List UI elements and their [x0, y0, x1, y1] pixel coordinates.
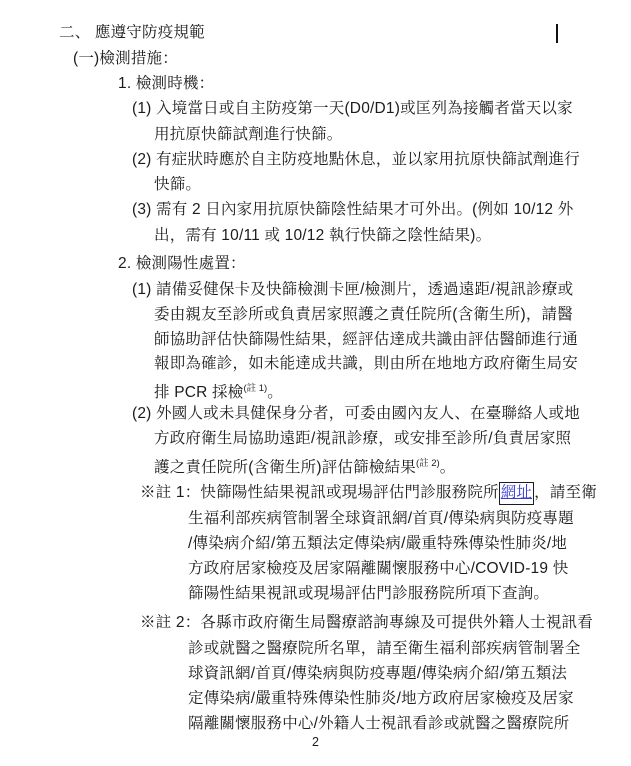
item-2-positive-handling: 2. 檢測陽性處置： [118, 253, 246, 274]
footnote-1-line-1-text: ，請至衛 [534, 484, 597, 501]
footnote-superscript: (註 1) [243, 383, 267, 394]
footnote-2-line-2-text: 診或就醫之醫療院所名單，請至衛生福利部疾病管制署全 [188, 640, 581, 657]
item-1-3-line-1-text: (3) 需有 2 日內家用抗原快篩陰性結果才可外出。(例如 10/12 外 [132, 201, 573, 218]
item-1-1-line-1: (1) 入境當日或自主防疫第一天(D0/D1)或匡列為接觸者當天以家 [132, 98, 573, 119]
footnote-2-line-4: 定傳染病/嚴重特殊傳染性肺炎/地方政府居家檢疫及居家 [188, 688, 574, 709]
item-2-1-line-4: 報即為確診，如未能達成共識，則由所在地地方政府衛生局安 [154, 353, 578, 374]
item-2-1-line-2-text: 委由親友至診所或負責居家照護之責任院所(含衛生所)，請醫 [154, 306, 573, 323]
footnote-2-line-1: ※註 2：各縣市政府衛生局醫療諮詢專線及可提供外籍人士視訊看 [140, 612, 593, 633]
heading-section-2-text: 二、 應遵守防疫規範 [59, 24, 205, 41]
item-2-1-line-5: 排 PCR 採檢(註 1)。 [154, 378, 283, 403]
document-page: 二、 應遵守防疫規範(一)檢測措施：1. 檢測時機：(1) 入境當日或自主防疫第… [0, 0, 631, 766]
item-2-1-line-3: 師協助評估快篩陽性結果，經評估達成共識由評估醫師進行通 [154, 329, 578, 350]
footnote-1-line-5: 篩陽性結果視訊或現場評估門診服務院所項下查詢。 [188, 583, 549, 604]
item-2-1-line-5-text: 排 PCR 採檢 [154, 384, 243, 401]
footnote-2-line-2: 診或就醫之醫療院所名單，請至衛生福利部疾病管制署全 [188, 638, 581, 659]
page-number: 2 [0, 735, 631, 749]
subheading-testing-measures-text: (一)檢測措施： [73, 50, 178, 67]
item-2-1-line-2: 委由親友至診所或負責居家照護之責任院所(含衛生所)，請醫 [154, 304, 573, 325]
item-2-2-line-2: 方政府衛生局協助遠距/視訊診療，或安排至診所/負責居家照 [154, 428, 571, 449]
item-2-2-line-1-text: (2) 外國人或未具健保身分者，可委由國內友人、在臺聯絡人或地 [132, 405, 580, 422]
footnote-1-line-1-text: ※註 1：快篩陽性結果視訊或現場評估門診服務院所 [140, 484, 499, 501]
item-2-1-line-4-text: 報即為確診，如未能達成共識，則由所在地地方政府衛生局安 [154, 355, 578, 372]
item-1-2-line-1: (2) 有症狀時應於自主防疫地點休息，並以家用抗原快篩試劑進行 [132, 149, 580, 170]
item-2-2-line-3: 護之責任院所(含衛生所)評估篩檢結果(註 2)。 [154, 453, 455, 478]
item-1-1-line-2: 用抗原快篩試劑進行快篩。 [154, 124, 342, 145]
footnote-1-line-3: /傳染病介紹/第五類法定傳染病/嚴重特殊傳染性肺炎/地 [188, 533, 567, 554]
item-1-2-line-1-text: (2) 有症狀時應於自主防疫地點休息，並以家用抗原快篩試劑進行 [132, 151, 580, 168]
item-1-3-line-2: 出，需有 10/11 或 10/12 執行快篩之陰性結果)。 [154, 225, 491, 246]
footnote-1-line-4-text: 方政府居家檢疫及居家隔離關懷服務中心/COVID-19 快 [188, 560, 568, 577]
item-1-2-line-2-text: 快篩。 [154, 176, 201, 193]
url-link[interactable]: 網址 [499, 482, 534, 505]
item-1-1-line-1-text: (1) 入境當日或自主防疫第一天(D0/D1)或匡列為接觸者當天以家 [132, 100, 573, 117]
footnote-1-line-5-text: 篩陽性結果視訊或現場評估門診服務院所項下查詢。 [188, 585, 549, 602]
footnote-superscript: (註 2) [416, 458, 440, 469]
subheading-testing-measures: (一)檢測措施： [73, 48, 178, 69]
item-2-2-line-2-text: 方政府衛生局協助遠距/視訊診療，或安排至診所/負責居家照 [154, 430, 571, 447]
text-cursor [556, 24, 558, 43]
item-2-1-line-1: (1) 請備妥健保卡及快篩檢測卡匣/檢測片，透過遠距/視訊診療或 [132, 279, 573, 300]
footnote-1-line-2: 生福利部疾病管制署全球資訊網/首頁/傳染病與防疫專題 [188, 508, 574, 529]
item-2-1-line-1-text: (1) 請備妥健保卡及快篩檢測卡匣/檢測片，透過遠距/視訊診療或 [132, 281, 573, 298]
item-2-1-line-5-text: 。 [267, 384, 283, 401]
footnote-2-line-4-text: 定傳染病/嚴重特殊傳染性肺炎/地方政府居家檢疫及居家 [188, 690, 574, 707]
item-1-testing-timing-text: 1. 檢測時機： [118, 75, 214, 92]
item-2-2-line-3-text: 護之責任院所(含衛生所)評估篩檢結果 [154, 459, 416, 476]
footnote-1-line-2-text: 生福利部疾病管制署全球資訊網/首頁/傳染病與防疫專題 [188, 510, 574, 527]
item-2-2-line-3-text: 。 [440, 459, 456, 476]
footnote-1-line-4: 方政府居家檢疫及居家隔離關懷服務中心/COVID-19 快 [188, 558, 568, 579]
footnote-1-line-3-text: /傳染病介紹/第五類法定傳染病/嚴重特殊傳染性肺炎/地 [188, 535, 567, 552]
item-2-positive-handling-text: 2. 檢測陽性處置： [118, 255, 246, 272]
item-1-1-line-2-text: 用抗原快篩試劑進行快篩。 [154, 126, 342, 143]
item-1-testing-timing: 1. 檢測時機： [118, 73, 214, 94]
item-1-3-line-1: (3) 需有 2 日內家用抗原快篩陰性結果才可外出。(例如 10/12 外 [132, 199, 573, 220]
footnote-2-line-3: 球資訊網/首頁/傳染病與防疫專題/傳染病介紹/第五類法 [188, 663, 567, 684]
footnote-2-line-1-text: ※註 2：各縣市政府衛生局醫療諮詢專線及可提供外籍人士視訊看 [140, 614, 593, 631]
heading-section-2: 二、 應遵守防疫規範 [59, 22, 205, 43]
footnote-2-line-3-text: 球資訊網/首頁/傳染病與防疫專題/傳染病介紹/第五類法 [188, 665, 567, 682]
footnote-2-line-5-text: 隔離關懷服務中心/外籍人士視訊看診或就醫之醫療院所 [188, 715, 569, 732]
footnote-1-line-1: ※註 1：快篩陽性結果視訊或現場評估門診服務院所網址，請至衛 [140, 482, 597, 503]
item-1-3-line-2-text: 出，需有 10/11 或 10/12 執行快篩之陰性結果)。 [154, 227, 491, 244]
item-1-2-line-2: 快篩。 [154, 174, 201, 195]
item-2-2-line-1: (2) 外國人或未具健保身分者，可委由國內友人、在臺聯絡人或地 [132, 403, 580, 424]
item-2-1-line-3-text: 師協助評估快篩陽性結果，經評估達成共識由評估醫師進行通 [154, 331, 578, 348]
footnote-2-line-5: 隔離關懷服務中心/外籍人士視訊看診或就醫之醫療院所 [188, 713, 569, 734]
